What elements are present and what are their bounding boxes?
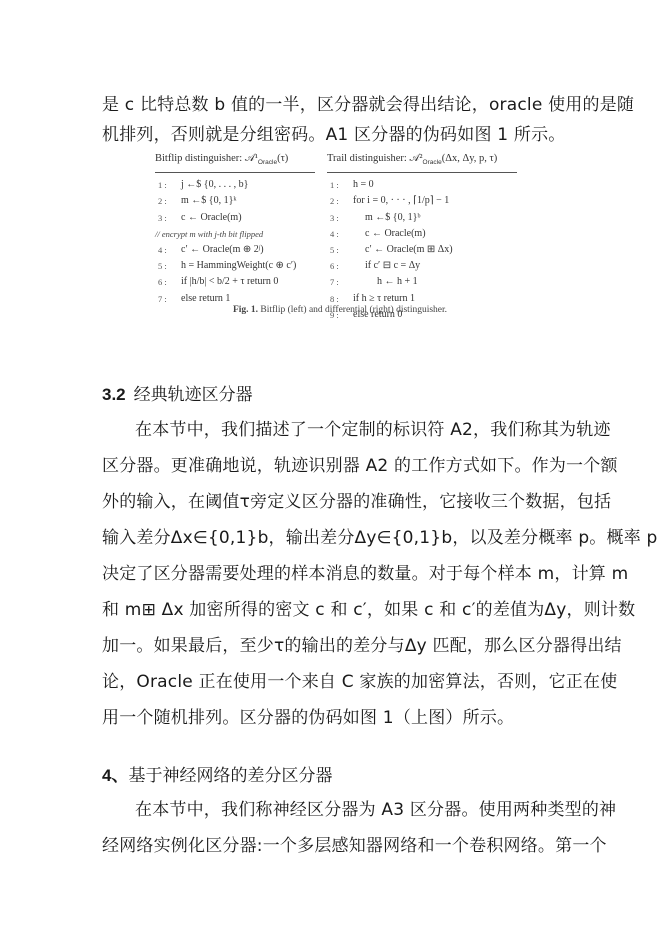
line-code: m ←$ {0, 1}ᵏ bbox=[181, 193, 315, 209]
section-title: 经典轨迹区分器 bbox=[134, 385, 253, 405]
algorithm-line: 6 :if |h/b| < b/2 + τ return 0 bbox=[155, 274, 315, 290]
algorithm-line: 3 :m ←$ {0, 1}ᵇ bbox=[327, 210, 517, 226]
algorithm-title-text: Bitflip distinguisher: 𝒜¹ bbox=[155, 153, 258, 164]
paragraph-line: 在本节中，我们称神经区分器为 A3 区分器。使用两种类型的神 bbox=[135, 800, 562, 820]
line-number: 7 : bbox=[327, 274, 353, 290]
line-code: c ← Oracle(m) bbox=[353, 226, 517, 242]
line-number: 1 : bbox=[327, 177, 353, 193]
section-heading: 4、基于神经网络的差分区分器 bbox=[102, 766, 332, 786]
line-code: h ← h + 1 bbox=[353, 274, 517, 290]
line-number: 4 : bbox=[327, 226, 353, 242]
section-title: 基于神经网络的差分区分器 bbox=[128, 766, 332, 786]
bitflip-algorithm: Bitflip distinguisher: 𝒜¹Oracle(τ) 1 :j … bbox=[155, 152, 315, 307]
algorithm-line: 6 :if c′ ⊟ c = Δy bbox=[327, 258, 517, 274]
paragraph-line: 决定了区分器需要处理的样本消息的数量。对于每个样本 m，计算 m bbox=[102, 564, 562, 584]
algorithm-line: 1 :j ←$ {0, . . . , b} bbox=[155, 177, 315, 193]
line-code: c ← Oracle(m) bbox=[181, 210, 315, 226]
paragraph-line: 和 m⊞ Δx 加密所得的密文 c 和 c′，如果 c 和 c′的差值为Δy，则… bbox=[102, 600, 562, 620]
trail-algorithm: Trail distinguisher: 𝒜²Oracle(Δx, Δy, p,… bbox=[327, 152, 517, 323]
paragraph-line: 区分器。更准确地说，轨迹识别器 A2 的工作方式如下。作为一个额 bbox=[102, 456, 562, 476]
paragraph-line: 论，Oracle 正在使用一个来自 C 家族的加密算法，否则，它正在使 bbox=[102, 672, 562, 692]
line-number: 5 : bbox=[327, 242, 353, 258]
paragraph-line: 输入差分Δx∈{0,1}b，输出差分Δy∈{0,1}b，以及差分概率 p。概率 … bbox=[102, 528, 562, 548]
algorithm-title-args: (τ) bbox=[277, 153, 288, 164]
algorithm-line: 3 :c ← Oracle(m) bbox=[155, 210, 315, 226]
algorithm-line: 7 :h ← h + 1 bbox=[327, 274, 517, 290]
algorithm-title-args: (Δx, Δy, p, τ) bbox=[442, 153, 498, 164]
line-number: 4 : bbox=[155, 242, 181, 258]
line-code: // encrypt m with j-th bit flipped bbox=[155, 226, 315, 242]
line-code: c′ ← Oracle(m ⊕ 2ʲ) bbox=[181, 242, 315, 258]
algorithm-comment: // encrypt m with j-th bit flipped bbox=[155, 226, 315, 242]
line-number: 6 : bbox=[327, 258, 353, 274]
paragraph-line: 机排列，否则就是分组密码。A1 区分器的伪码如图 1 所示。 bbox=[102, 125, 562, 145]
algorithm-title-sub: Oracle bbox=[258, 159, 277, 166]
line-number: 6 : bbox=[155, 274, 181, 290]
line-number: 3 : bbox=[327, 210, 353, 226]
paragraph-line: 在本节中，我们描述了一个定制的标识符 A2，我们称其为轨迹 bbox=[135, 420, 562, 440]
line-code: for i = 0, · · · , ⌈1/p⌉ − 1 bbox=[353, 193, 517, 209]
line-number: 1 : bbox=[155, 177, 181, 193]
line-number: 3 : bbox=[155, 210, 181, 226]
algorithm-line: 4 :c′ ← Oracle(m ⊕ 2ʲ) bbox=[155, 242, 315, 258]
line-code: h = 0 bbox=[353, 177, 517, 193]
algorithm-title-sub: Oracle bbox=[423, 159, 442, 166]
section-heading: 3.2经典轨迹区分器 bbox=[102, 385, 253, 405]
paragraph-line: 经网络实例化区分器:一个多层感知器网络和一个卷积网络。第一个 bbox=[102, 836, 562, 856]
algorithm-title: Trail distinguisher: 𝒜²Oracle(Δx, Δy, p,… bbox=[327, 152, 517, 173]
line-code: c′ ← Oracle(m ⊞ Δx) bbox=[353, 242, 517, 258]
paragraph-line: 用一个随机排列。区分器的伪码如图 1（上图）所示。 bbox=[102, 708, 562, 728]
section-number: 4、 bbox=[102, 766, 128, 785]
line-code: j ←$ {0, . . . , b} bbox=[181, 177, 315, 193]
algorithm-line: 5 :c′ ← Oracle(m ⊞ Δx) bbox=[327, 242, 517, 258]
algorithm-line: 1 :h = 0 bbox=[327, 177, 517, 193]
line-code: if c′ ⊟ c = Δy bbox=[353, 258, 517, 274]
figure-caption: Fig. 1. Bitflip (left) and differential … bbox=[155, 304, 525, 316]
section-number: 3.2 bbox=[102, 385, 126, 404]
algorithm-title-text: Trail distinguisher: 𝒜² bbox=[327, 153, 423, 164]
algorithm-line: 2 :m ←$ {0, 1}ᵏ bbox=[155, 193, 315, 209]
paragraph-line: 是 c 比特总数 b 值的一半，区分器就会得出结论，oracle 使用的是随 bbox=[102, 95, 562, 115]
line-code: m ←$ {0, 1}ᵇ bbox=[353, 210, 517, 226]
algorithm-line: 2 :for i = 0, · · · , ⌈1/p⌉ − 1 bbox=[327, 193, 517, 209]
line-code: if |h/b| < b/2 + τ return 0 bbox=[181, 274, 315, 290]
line-number: 2 : bbox=[327, 193, 353, 209]
line-number: 2 : bbox=[155, 193, 181, 209]
line-number: 5 : bbox=[155, 258, 181, 274]
algorithm-line: 5 :h = HammingWeight(c ⊕ c′) bbox=[155, 258, 315, 274]
paragraph-line: 加一。如果最后，至少τ的输出的差分与Δy 匹配，那么区分器得出结 bbox=[102, 636, 562, 656]
line-code: h = HammingWeight(c ⊕ c′) bbox=[181, 258, 315, 274]
algorithm-title: Bitflip distinguisher: 𝒜¹Oracle(τ) bbox=[155, 152, 315, 173]
figure-1: Bitflip distinguisher: 𝒜¹Oracle(τ) 1 :j … bbox=[155, 152, 525, 332]
caption-label: Fig. 1. bbox=[233, 305, 258, 315]
algorithm-line: 4 :c ← Oracle(m) bbox=[327, 226, 517, 242]
paragraph-line: 外的输入，在阈值τ旁定义区分器的准确性，它接收三个数据，包括 bbox=[102, 492, 562, 512]
caption-text: Bitflip (left) and differential (right) … bbox=[258, 305, 447, 315]
